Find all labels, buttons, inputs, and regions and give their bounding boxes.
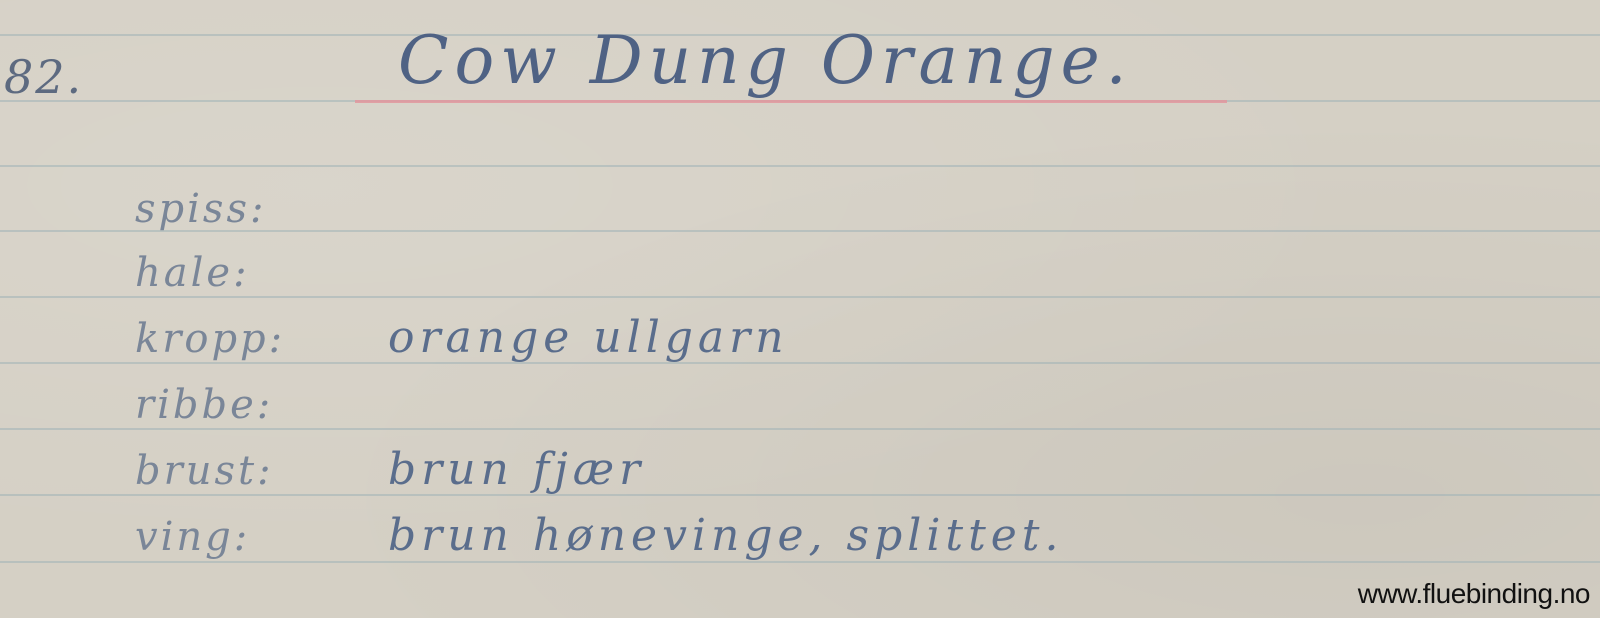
ruled-line [0,494,1600,496]
entry-title: Cow Dung Orange. [398,22,1133,99]
ruled-line [0,428,1600,430]
watermark-link: www.fluebinding.no [1358,578,1590,610]
field-value-brust: brun fjær [388,444,645,495]
field-label-ribbe: ribbe: [135,382,273,428]
field-value-kropp: orange ullgarn [388,312,789,363]
title-underline [355,100,1227,103]
field-value-ving: brun hønevinge, splittet. [388,510,1063,561]
ruled-line [0,561,1600,563]
field-label-hale: hale: [135,250,250,296]
notebook-page: 82. Cow Dung Orange. spiss: hale: kropp:… [0,0,1600,618]
ruled-line [0,165,1600,167]
ruled-line [0,296,1600,298]
field-label-ving: ving: [135,514,250,560]
field-label-spiss: spiss: [135,186,266,232]
ruled-line [0,362,1600,364]
entry-number: 82. [4,50,83,104]
field-label-brust: brust: [135,448,274,494]
field-label-kropp: kropp: [135,316,285,362]
